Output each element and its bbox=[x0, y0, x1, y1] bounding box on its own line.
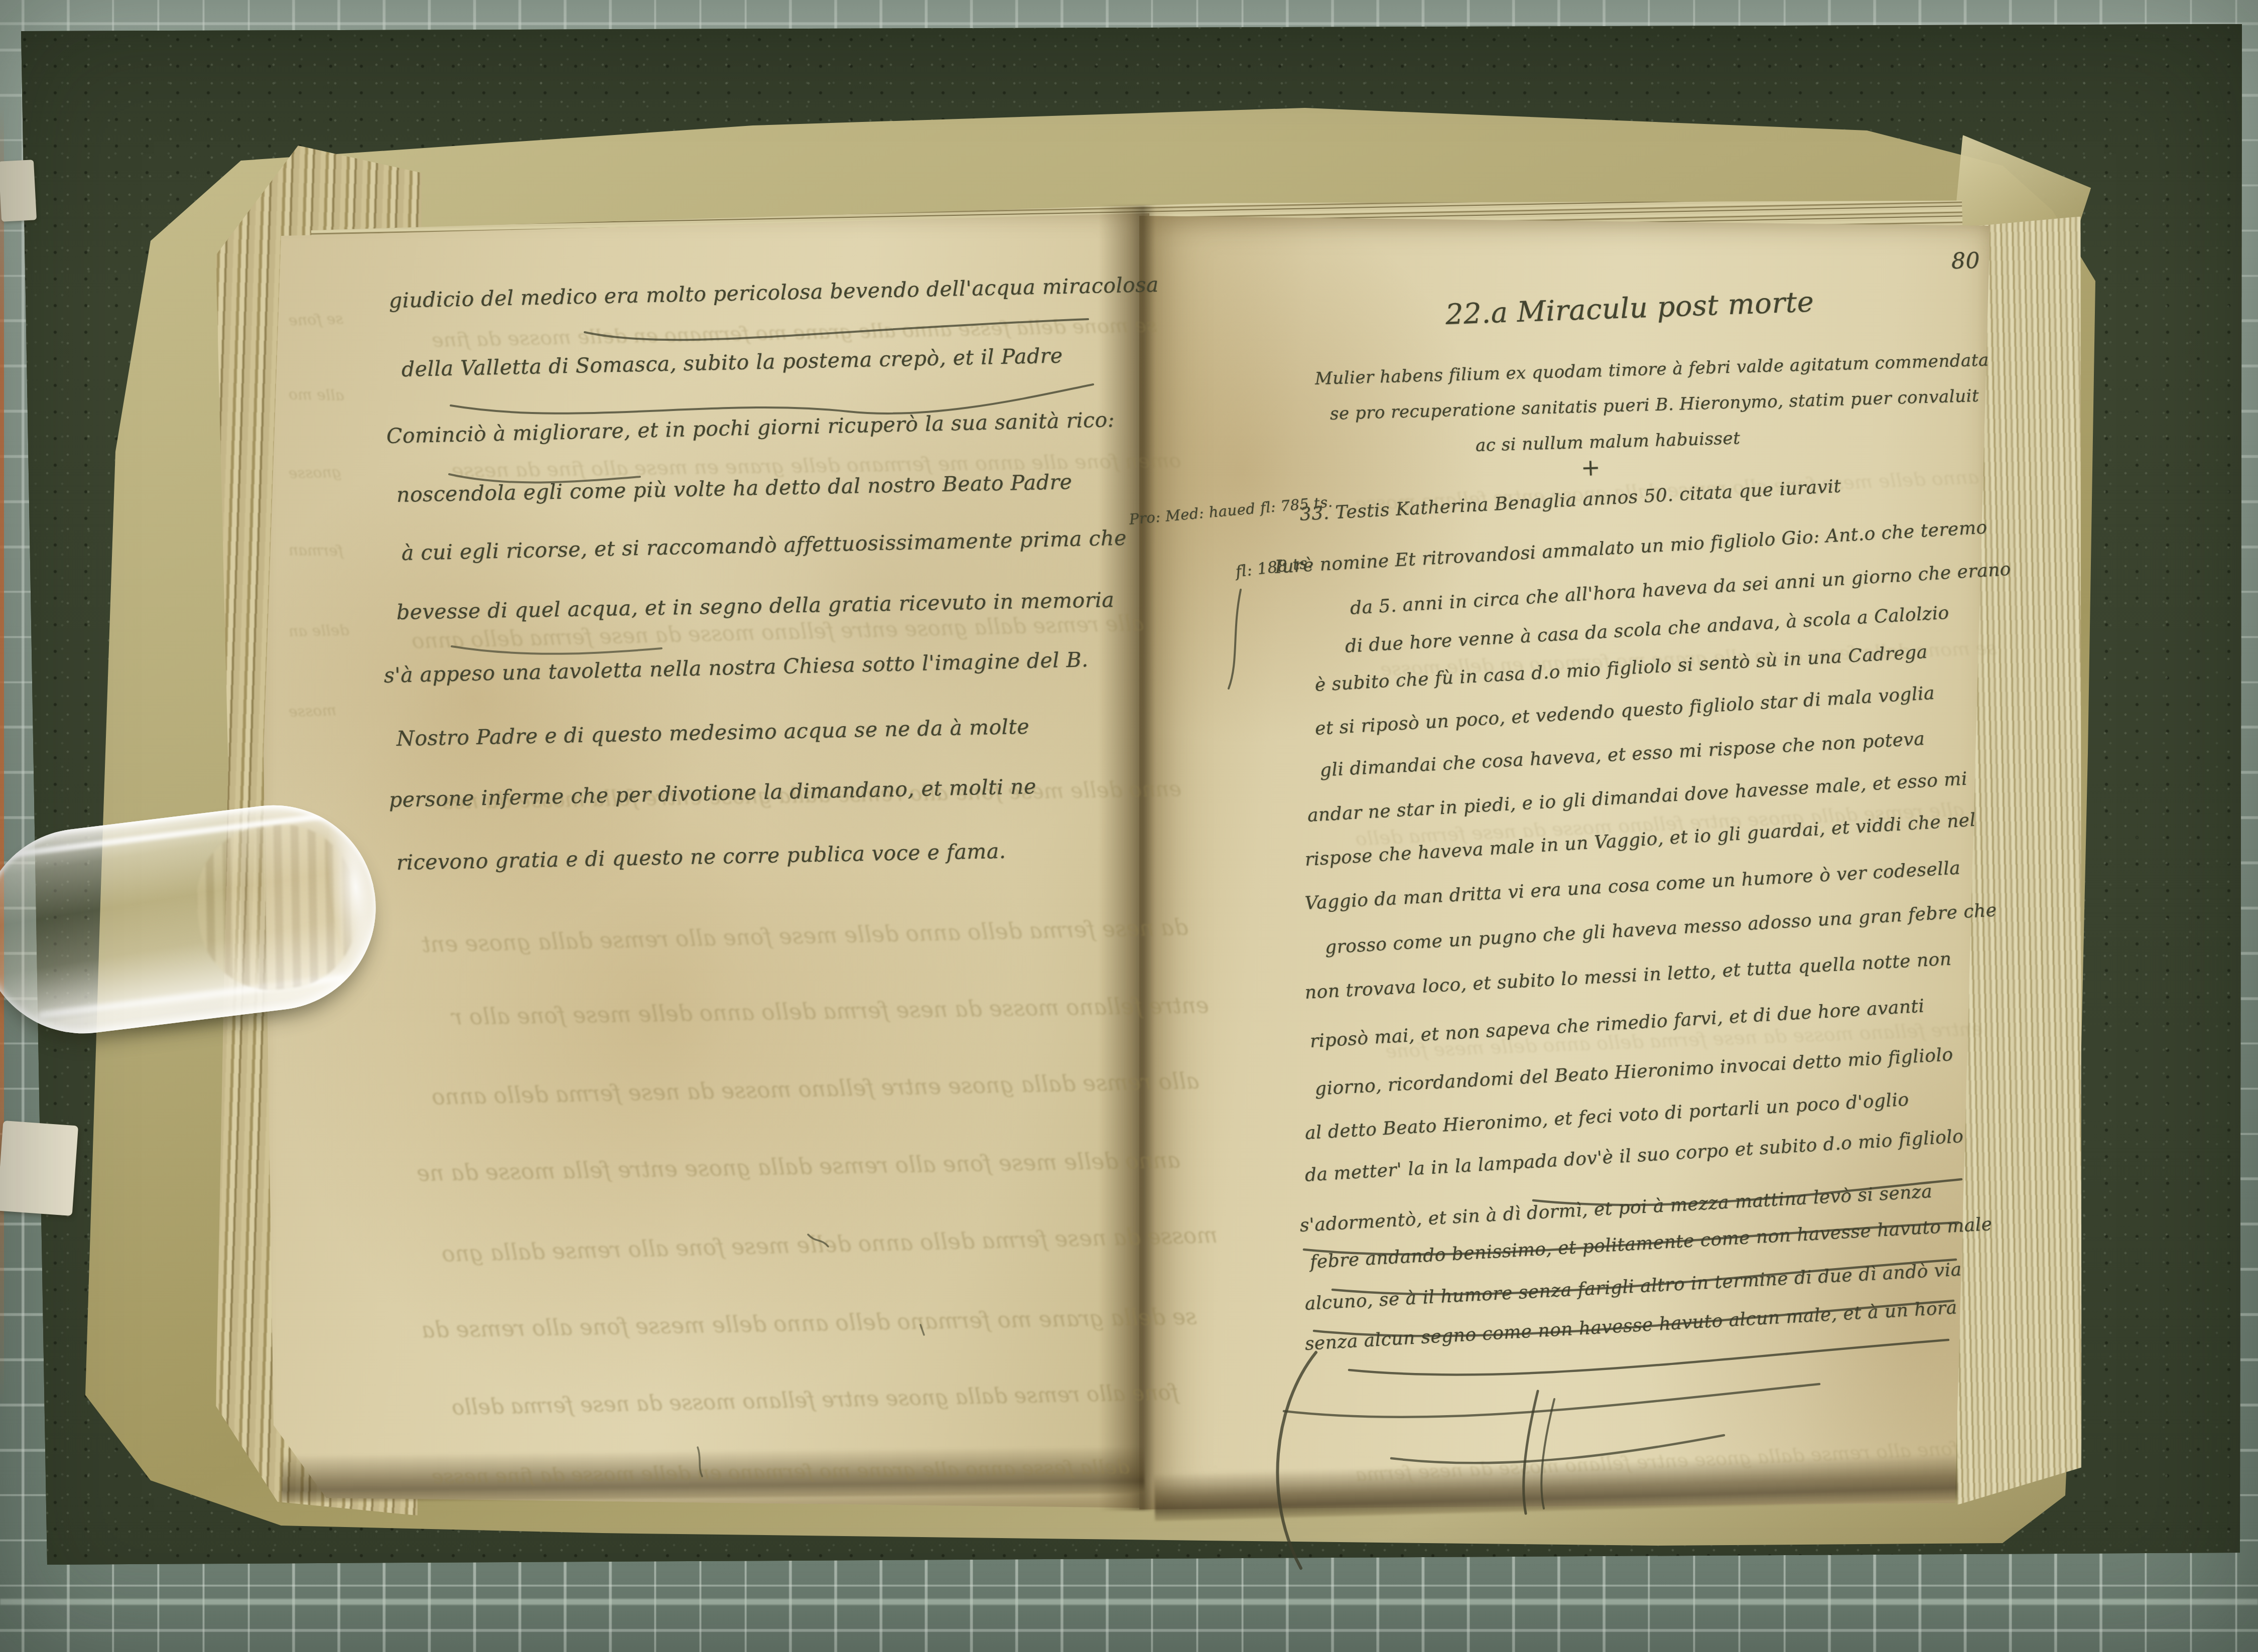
descender-stroke bbox=[1524, 1391, 1538, 1513]
ink-speck bbox=[808, 1234, 828, 1247]
underline-flourish bbox=[1333, 1260, 1956, 1294]
ink-speck bbox=[698, 1447, 702, 1476]
underline-flourish bbox=[585, 319, 1088, 340]
underline-flourish bbox=[1314, 1301, 1953, 1336]
ink-speck bbox=[920, 1325, 924, 1335]
paper-slip bbox=[0, 160, 37, 221]
underline-flourish bbox=[1533, 1179, 1961, 1205]
descender-stroke bbox=[1541, 1399, 1554, 1508]
manuscript-photo-scene: se mone della fesse anno alle grane mo f… bbox=[0, 0, 2258, 1652]
underline-flourish bbox=[451, 384, 1093, 414]
underline-flourish bbox=[1349, 1340, 1948, 1375]
paper-slip bbox=[0, 1121, 78, 1216]
underline-flourish bbox=[449, 474, 640, 482]
paren-stroke bbox=[1277, 1352, 1316, 1568]
underline-flourish bbox=[1304, 1222, 1958, 1255]
underline-flourish bbox=[452, 646, 661, 654]
margin-note-tail bbox=[1229, 590, 1241, 689]
underline-flourish bbox=[1391, 1435, 1724, 1463]
